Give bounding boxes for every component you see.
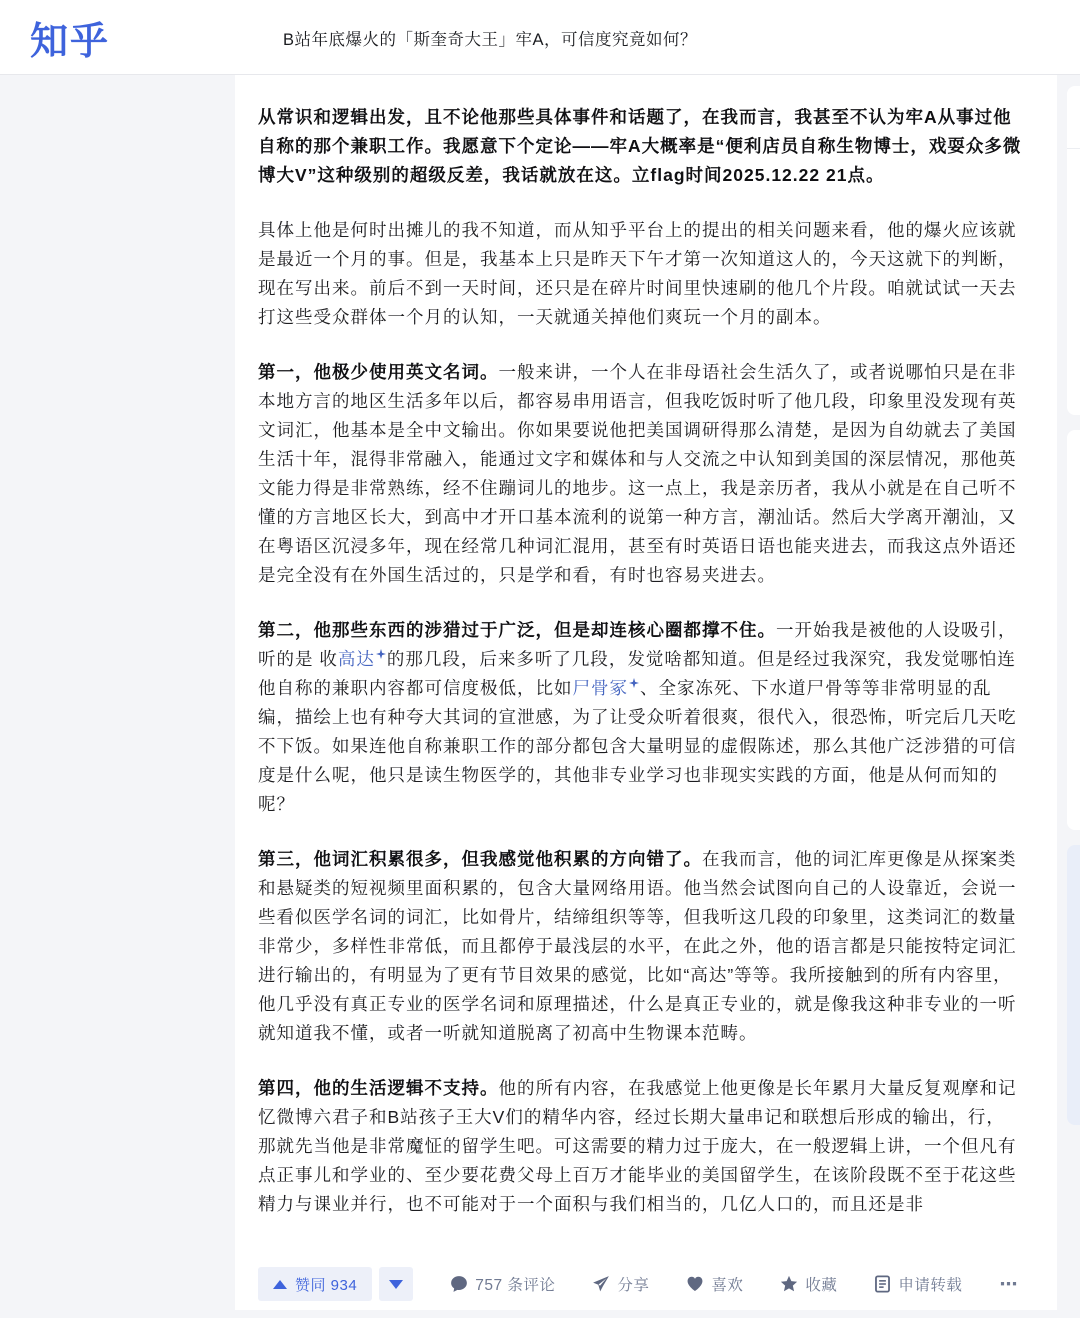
answer-paragraph: 具体上他是何时出摊儿的我不知道，而从知乎平台上的提出的相关问题来看，他的爆火应该… <box>258 216 1023 332</box>
document-icon <box>874 1275 891 1293</box>
action-bar: 赞同 934 757 条评论 分享 喜欢 收藏 申请转载 ⋯ <box>235 1258 1057 1310</box>
search-link-star-icon <box>629 678 639 688</box>
favorite-label: 收藏 <box>805 1273 837 1295</box>
zhihu-logo[interactable]: 知乎 <box>30 10 110 65</box>
answer-paragraph: 第一，他极少使用英文名词。一般来讲，一个人在非母语社会生活久了，或者说哪怕只是在… <box>258 358 1023 590</box>
answer-paragraph: 第二，他那些东西的涉猎过于广泛，但是却连核心圈都撑不住。一开始我是被他的人设吸引… <box>258 616 1023 819</box>
share-label: 分享 <box>617 1273 649 1295</box>
paragraph-text: 一般来讲，一个人在非母语社会生活久了，或者说哪怕只是在非本地方言的地区生活多年以… <box>258 362 1017 585</box>
repost-label: 申请转载 <box>898 1273 962 1295</box>
comments-label: 757 条评论 <box>475 1273 555 1295</box>
like-button[interactable]: 喜欢 <box>686 1273 743 1295</box>
downvote-button[interactable] <box>379 1267 413 1301</box>
answer-content: 从常识和逻辑出发，且不论他那些具体事件和话题了，在我而言，我甚至不认为牢A从事过… <box>235 75 1057 1219</box>
paragraph-lead: 第四，他的生活逻辑不支持。 <box>258 1078 499 1098</box>
upvote-triangle-icon <box>273 1280 287 1289</box>
answer-paragraph: 第四，他的生活逻辑不支持。他的所有内容，在我感觉上他更像是长年累月大量反复观摩和… <box>258 1074 1023 1219</box>
heart-icon <box>686 1275 704 1293</box>
paragraph-lead: 第二，他那些东西的涉猎过于广泛，但是却连核心圈都撑不住。 <box>258 620 776 640</box>
paragraph-text: 他的所有内容，在我感觉上他更像是长年累月大量反复观摩和记忆微博六君子和B站孩子王… <box>258 1078 1017 1214</box>
favorite-button[interactable]: 收藏 <box>780 1273 837 1295</box>
downvote-triangle-icon <box>389 1280 403 1289</box>
upvote-label: 赞同 934 <box>295 1274 357 1295</box>
paragraph-lead: 第一，他极少使用英文名词。 <box>258 362 499 382</box>
repost-button[interactable]: 申请转载 <box>874 1273 962 1295</box>
comment-bubble-icon <box>450 1275 468 1293</box>
search-link-star-icon <box>376 649 386 659</box>
sidebar-card-sliver <box>1067 86 1080 415</box>
more-button[interactable]: ⋯ <box>999 1274 1019 1295</box>
like-label: 喜欢 <box>711 1273 743 1295</box>
share-plane-icon <box>592 1275 610 1293</box>
share-button[interactable]: 分享 <box>592 1273 649 1295</box>
search-link-gaoda[interactable]: 高达 <box>338 649 375 669</box>
paragraph-text: 、全家冻死、下水道尸骨等等非常明显的乱编，描绘上也有种夸大其词的宣泄感，为了让受… <box>258 678 1017 814</box>
paragraph-lead: 第三，他词汇积累很多，但我感觉他积累的方向错了。 <box>258 849 702 869</box>
comments-button[interactable]: 757 条评论 <box>450 1273 555 1295</box>
sidebar-card-sliver <box>1067 845 1080 1125</box>
question-title[interactable]: B站年底爆火的「斯奎奇大王」牢A，可信度究竟如何？ <box>283 26 697 50</box>
site-header: 知乎 B站年底爆火的「斯奎奇大王」牢A，可信度究竟如何？ <box>0 0 1080 75</box>
paragraph-text: 在我而言，他的词汇库更像是从探案类和悬疑类的短视频里面积累的，包含大量网络用语。… <box>258 849 1017 1043</box>
upvote-button[interactable]: 赞同 934 <box>258 1267 372 1301</box>
search-link-shiguzhong[interactable]: 尸骨冢 <box>573 678 629 698</box>
answer-card: 从常识和逻辑出发，且不论他那些具体事件和话题了，在我而言，我甚至不认为牢A从事过… <box>235 75 1057 1310</box>
answer-paragraph: 从常识和逻辑出发，且不论他那些具体事件和话题了，在我而言，我甚至不认为牢A从事过… <box>258 103 1023 190</box>
answer-paragraph: 第三，他词汇积累很多，但我感觉他积累的方向错了。在我而言，他的词汇库更像是从探案… <box>258 845 1023 1048</box>
star-icon <box>780 1275 798 1293</box>
sidebar-card-sliver <box>1067 430 1080 830</box>
